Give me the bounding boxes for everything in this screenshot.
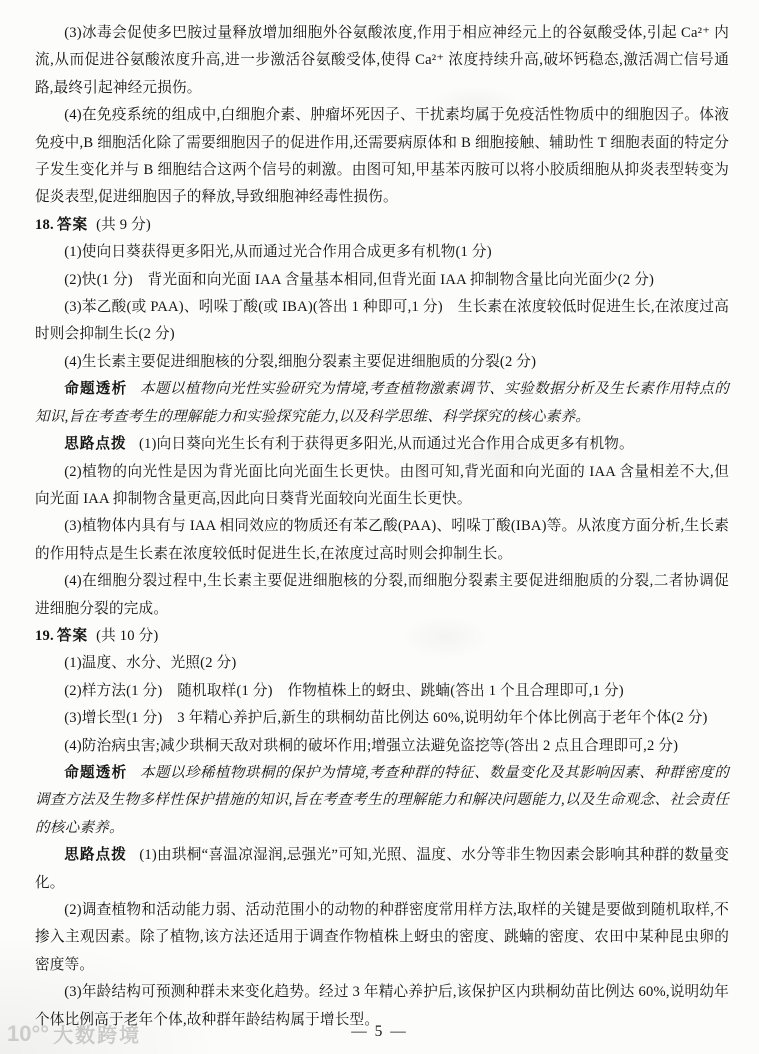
paragraph-text: (1)向日葵向光生长有利于获得更多阳光,从而通过光合作用合成更多有机物。 xyxy=(139,436,634,452)
paragraph-text: (2)植物的向光性是因为背光面比向光面生长更快。由图可知,背光面和向光面的 IA… xyxy=(35,464,729,507)
paragraph: 命题透析本题以珍稀植物珙桐的保护为情境,考查种群的特征、数量变化及其影响因素、种… xyxy=(35,760,729,842)
paragraph-text: (4)防治病虫害;减少珙桐天敌对珙桐的破坏作用;增强立法避免盗挖等(答出 2 点… xyxy=(64,738,678,754)
paragraph: (1)温度、水分、光照(2 分) xyxy=(35,650,729,677)
paragraph-text: (1)温度、水分、光照(2 分) xyxy=(64,655,236,671)
paragraph-text: (共 10 分) xyxy=(96,628,158,644)
paragraph: (1)使向日葵获得更多阳光,从而通过光合作用合成更多有机物(1 分) xyxy=(35,239,729,266)
watermark: 10°° 大数跨境 xyxy=(7,1019,141,1048)
paragraph: (2)植物的向光性是因为背光面比向光面生长更快。由图可知,背光面和向光面的 IA… xyxy=(35,459,729,514)
paragraph-text: (4)在细胞分裂过程中,生长素主要促进细胞核的分裂,而细胞分裂素主要促进细胞质的… xyxy=(35,573,729,616)
scanned-answer-page: (3)冰毒会促使多巴胺过量释放增加细胞外谷氨酸浓度,作用于相应神经元上的谷氨酸受… xyxy=(0,0,759,1054)
item-number: 19. xyxy=(35,628,54,644)
paragraph-text: (1)由珙桐“喜温凉湿润,忌强光”可知,光照、温度、水分等非生物因素会影响其种群… xyxy=(35,847,729,890)
paragraph-text: (3)增长型(1 分) 3 年精心养护后,新生的珙桐幼苗比例达 60%,说明幼年… xyxy=(64,710,707,726)
item-number: 18. xyxy=(35,217,54,233)
paragraph: (3)植物体内具有与 IAA 相同效应的物质还有苯乙酸(PAA)、吲哚丁酸(IB… xyxy=(35,513,729,568)
paragraph: (4)在免疫系统的组成中,白细胞介素、肿瘤坏死因子、干扰素均属于免疫活性物质中的… xyxy=(35,102,729,212)
paragraph-text: (2)快(1 分) 背光面和向光面 IAA 含量基本相同,但背光面 IAA 抑制… xyxy=(64,272,654,288)
paragraph: (4)防治病虫害;减少珙桐天敌对珙桐的破坏作用;增强立法避免盗挖等(答出 2 点… xyxy=(35,733,729,760)
section-label: 思路点拨 xyxy=(64,847,127,863)
section-label: 思路点拨 xyxy=(64,436,126,452)
section-label: 答案 xyxy=(57,217,88,233)
paragraph-text: (3)植物体内具有与 IAA 相同效应的物质还有苯乙酸(PAA)、吲哚丁酸(IB… xyxy=(35,518,729,561)
paragraph-text: (3)冰毒会促使多巴胺过量释放增加细胞外谷氨酸浓度,作用于相应神经元上的谷氨酸受… xyxy=(35,25,729,96)
document-body: (3)冰毒会促使多巴胺过量释放增加细胞外谷氨酸浓度,作用于相应神经元上的谷氨酸受… xyxy=(35,20,729,1034)
paragraph: (4)在细胞分裂过程中,生长素主要促进细胞核的分裂,而细胞分裂素主要促进细胞质的… xyxy=(35,568,729,623)
paragraph-text: (4)在免疫系统的组成中,白细胞介素、肿瘤坏死因子、干扰素均属于免疫活性物质中的… xyxy=(35,107,729,205)
paragraph: (2)快(1 分) 背光面和向光面 IAA 含量基本相同,但背光面 IAA 抑制… xyxy=(35,267,729,294)
paragraph: 思路点拨(1)向日葵向光生长有利于获得更多阳光,从而通过光合作用合成更多有机物。 xyxy=(35,431,729,458)
paragraph-text: (4)生长素主要促进细胞核的分裂,细胞分裂素主要促进细胞质的分裂(2 分) xyxy=(64,354,536,370)
item-heading: 18.答案(共 9 分) xyxy=(35,212,729,239)
paragraph-text: (3)苯乙酸(或 PAA)、吲哚丁酸(或 IBA)(答出 1 种即可,1 分) … xyxy=(35,299,729,342)
section-label: 答案 xyxy=(57,628,88,644)
paragraph: (2)调查植物和活动能力弱、活动范围小的动物的种群密度常用样方法,取样的关键是要… xyxy=(35,897,729,979)
paragraph: (4)生长素主要促进细胞核的分裂,细胞分裂素主要促进细胞质的分裂(2 分) xyxy=(35,349,729,376)
watermark-text: 大数跨境 xyxy=(53,1019,141,1048)
paragraph: 思路点拨(1)由珙桐“喜温凉湿润,忌强光”可知,光照、温度、水分等非生物因素会影… xyxy=(35,842,729,897)
paragraph: 命题透析本题以植物向光性实验研究为情境,考查植物激素调节、实验数据分析及生长素作… xyxy=(35,376,729,431)
watermark-logo-icon: 10°° xyxy=(7,1021,49,1047)
paragraph-text: 本题以植物向光性实验研究为情境,考查植物激素调节、实验数据分析及生长素作用特点的… xyxy=(35,381,729,424)
paragraph: (2)样方法(1 分) 随机取样(1 分) 作物植株上的蚜虫、跳蝻(答出 1 个… xyxy=(35,678,729,705)
paragraph-text: 本题以珍稀植物珙桐的保护为情境,考查种群的特征、数量变化及其影响因素、种群密度的… xyxy=(35,765,729,836)
section-label: 命题透析 xyxy=(64,765,127,781)
paragraph-text: (2)调查植物和活动能力弱、活动范围小的动物的种群密度常用样方法,取样的关键是要… xyxy=(35,902,729,973)
section-label: 命题透析 xyxy=(64,381,127,397)
paragraph-text: (共 9 分) xyxy=(96,217,151,233)
paragraph: (3)增长型(1 分) 3 年精心养护后,新生的珙桐幼苗比例达 60%,说明幼年… xyxy=(35,705,729,732)
item-heading: 19.答案(共 10 分) xyxy=(35,623,729,650)
paragraph: (3)苯乙酸(或 PAA)、吲哚丁酸(或 IBA)(答出 1 种即可,1 分) … xyxy=(35,294,729,349)
paragraph-text: (1)使向日葵获得更多阳光,从而通过光合作用合成更多有机物(1 分) xyxy=(64,244,492,260)
paragraph: (3)冰毒会促使多巴胺过量释放增加细胞外谷氨酸浓度,作用于相应神经元上的谷氨酸受… xyxy=(35,20,729,102)
paragraph-text: (2)样方法(1 分) 随机取样(1 分) 作物植株上的蚜虫、跳蝻(答出 1 个… xyxy=(64,683,624,699)
